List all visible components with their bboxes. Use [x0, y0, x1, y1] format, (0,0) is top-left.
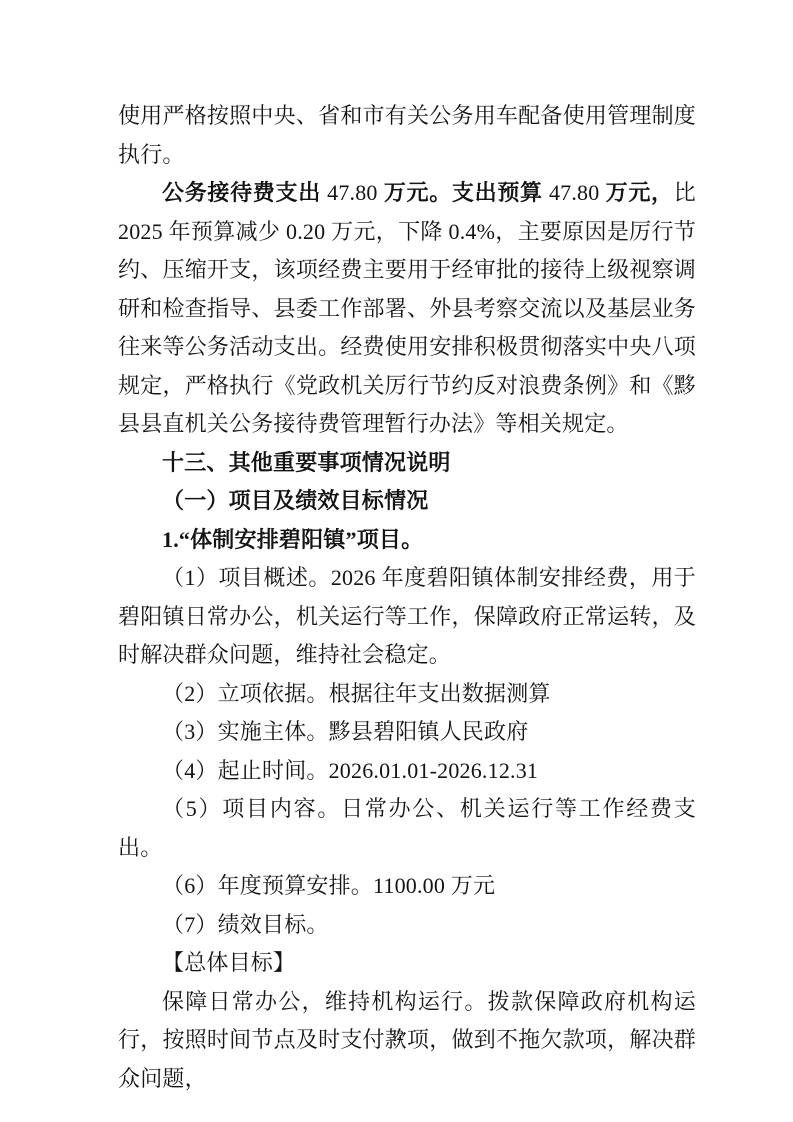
- paragraph-reception-expense: 公务接待费支出 47.80 万元。支出预算 47.80 万元，比 2025 年预…: [118, 174, 696, 444]
- sub-heading-13-1: （一）项目及绩效目标情况: [118, 482, 696, 521]
- project-item-content: （5）项目内容。日常办公、机关运行等工作经费支出。: [118, 790, 696, 867]
- project-item-budget: （6）年度预算安排。1100.00 万元: [118, 867, 696, 906]
- project-item-basis: （2）立项依据。根据往年支出数据测算: [118, 675, 696, 714]
- reception-bold-mid: 万元。支出预算: [378, 180, 549, 205]
- page-number: 32: [0, 1026, 793, 1046]
- reception-bold-lead: 公务接待费支出: [162, 180, 327, 205]
- overall-goal-label: 【总体目标】: [118, 944, 696, 983]
- reception-body-text: 比 2025 年预算减少 0.20 万元，下降 0.4%，主要原因是厉行节约、压…: [118, 180, 696, 436]
- reception-amount-1: 47.80: [327, 180, 378, 205]
- document-body: 使用严格按照中央、省和市有关公务用车配备使用管理制度执行。 公务接待费支出 47…: [118, 97, 696, 1098]
- reception-amount-2: 47.80: [549, 180, 600, 205]
- project-item-period: （4）起止时间。2026.01.01-2026.12.31: [118, 752, 696, 791]
- project-item-entity: （3）实施主体。黟县碧阳镇人民政府: [118, 713, 696, 752]
- paragraph-vehicle-policy: 使用严格按照中央、省和市有关公务用车配备使用管理制度执行。: [118, 97, 696, 174]
- section-heading-13: 十三、其他重要事项情况说明: [118, 444, 696, 483]
- project-item-overview: （1）项目概述。2026 年度碧阳镇体制安排经费，用于碧阳镇日常办公，机关运行等…: [118, 559, 696, 675]
- project-item-performance: （7）绩效目标。: [118, 906, 696, 945]
- project-heading-1: 1.“体制安排碧阳镇”项目。: [118, 521, 696, 560]
- reception-bold-tail: 万元，: [599, 180, 673, 205]
- document-page: 使用严格按照中央、省和市有关公务用车配备使用管理制度执行。 公务接待费支出 47…: [0, 0, 793, 1122]
